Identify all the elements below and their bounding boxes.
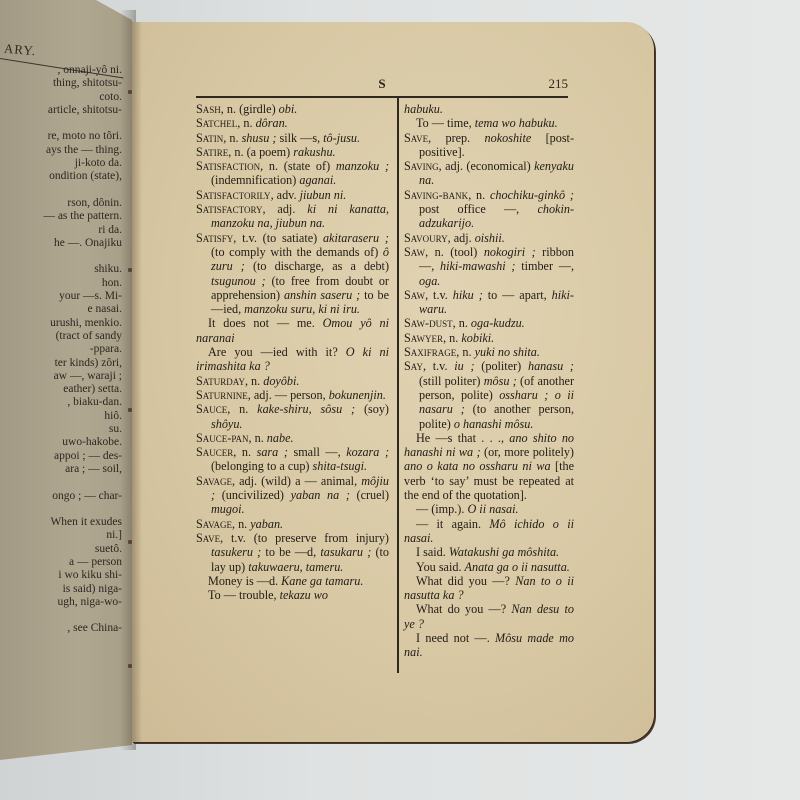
dictionary-column-left: Sash, n. (girdle) obi.Satchel, n. dôran.…: [196, 102, 389, 602]
text-fragment: uwo-hakobe.: [0, 436, 126, 449]
definition-text: , t.v. (to preserve from injury): [220, 531, 389, 545]
japanese-translation: rakushu.: [293, 145, 335, 159]
dictionary-entry: Save, prep. nokoshite [post-positive].: [404, 131, 574, 160]
dictionary-entry: Saw, n. (tool) nokogiri ; ribbon —, hiki…: [404, 245, 574, 288]
japanese-translation: nokoshite: [485, 131, 532, 145]
example-english: I said.: [416, 545, 446, 559]
text-fragment: he —. Onajiku: [0, 237, 126, 250]
text-fragment: urushi, menkio.: [0, 317, 126, 330]
definition-text: , adj. (wild) a — animal,: [232, 474, 361, 488]
text-fragment: [0, 117, 126, 130]
definition-text: , n.: [249, 431, 267, 445]
example-english: Are you —ied with it?: [208, 345, 338, 359]
example-english: It does not — me.: [208, 316, 315, 330]
text-fragment: [0, 476, 126, 489]
definition-text: , n.: [443, 331, 461, 345]
japanese-translation: o hanashi môsu.: [454, 417, 534, 431]
definition-text: (to discharge, as a debt): [245, 259, 389, 273]
headword: Satisfactory: [196, 202, 262, 216]
japanese-translation: akitaraseru ;: [323, 231, 389, 245]
definition-text: , n.: [233, 445, 256, 459]
japanese-translation: hanasu ;: [528, 359, 574, 373]
text-fragment: eather) setta.: [0, 383, 126, 396]
text-fragment: , onnaji-yô ni.: [0, 64, 126, 77]
definition-text: (belonging to a cup): [211, 459, 313, 473]
japanese-translation: kobiki.: [461, 331, 494, 345]
text-fragment: ongo ; — char-: [0, 490, 126, 503]
definition-text: , adv.: [271, 188, 300, 202]
text-fragment: your —s. Mi-: [0, 290, 126, 303]
japanese-translation: tasukeru ;: [211, 545, 261, 559]
text-fragment: ni.]: [0, 529, 126, 542]
usage-example: Money is —d. Kane ga tamaru.: [196, 574, 389, 588]
headword: Satisfy: [196, 231, 233, 245]
usage-example: To — trouble, tekazu wo: [196, 588, 389, 602]
previous-page: ARY. , onnaji-yô ni.thing, shitotsu-coto…: [0, 0, 132, 760]
japanese-translation: shita-tsugi.: [313, 459, 368, 473]
usage-example: What do you —? Nan desu to ye ?: [404, 602, 574, 631]
japanese-translation: Anata ga o ii nasutta.: [465, 560, 570, 574]
japanese-translation: nokogiri ;: [484, 245, 536, 259]
definition-text: post office —,: [419, 202, 537, 216]
dictionary-entry: Satisfactorily, adv. jiubun ni.: [196, 188, 389, 202]
definition-text: , t.v. (to satiate): [233, 231, 323, 245]
definition-text: silk —s,: [276, 131, 323, 145]
japanese-translation: habuku.: [404, 102, 443, 116]
text-fragment: rson, dônin.: [0, 197, 126, 210]
text-fragment: ji-koto da.: [0, 157, 126, 170]
japanese-translation: môsu ;: [484, 374, 517, 388]
definition-text: , n.: [227, 402, 257, 416]
japanese-translation: mugoi.: [211, 502, 245, 516]
usage-example: It does not — me. Omou yô ni naranai: [196, 316, 389, 345]
definition-text: small —,: [288, 445, 346, 459]
japanese-translation: tsugunou ;: [211, 274, 266, 288]
dictionary-column-right: habuku.To — time, tema wo habuku.Save, p…: [404, 102, 574, 660]
japanese-translation: hiku ;: [453, 288, 483, 302]
definition-text: to be —d,: [261, 545, 320, 559]
example-english: To — trouble,: [208, 588, 277, 602]
japanese-translation: tema wo habuku.: [475, 116, 558, 130]
definition-text: (still politer): [419, 374, 484, 388]
binding-stitch: [128, 664, 132, 668]
japanese-translation: obi.: [279, 102, 298, 116]
dictionary-entry: Savoury, adj. oishii.: [404, 231, 574, 245]
example-english: What do you —?: [416, 602, 506, 616]
dictionary-entry: Sash, n. (girdle) obi.: [196, 102, 389, 116]
dictionary-entry: Satisfactory, adj. ki ni kanatta, manzok…: [196, 202, 389, 231]
text-fragment: thing, shitotsu-: [0, 77, 126, 90]
headword: Sauce-pan: [196, 431, 249, 445]
text-fragment: ter kinds) zôri,: [0, 357, 126, 370]
definition-text: , n. (tool): [425, 245, 484, 259]
japanese-translation: Watakushi ga môshita.: [449, 545, 559, 559]
dictionary-entry: Save, t.v. (to preserve from injury) tas…: [196, 531, 389, 574]
text-fragment: ondition (state),: [0, 170, 126, 183]
text-fragment: article, shitotsu-: [0, 104, 126, 117]
header-rule: [196, 96, 568, 98]
text-fragment: suetô.: [0, 543, 126, 556]
text-fragment: a — person: [0, 556, 126, 569]
usage-example: What did you —? Nan to o ii nasutta ka ?: [404, 574, 574, 603]
definition-text: , n. (state of): [260, 159, 336, 173]
text-fragment: When it exudes: [0, 516, 126, 529]
text-fragment: (tract of sandy: [0, 330, 126, 343]
text-fragment: coto.: [0, 91, 126, 104]
binding-stitch: [128, 540, 132, 544]
dictionary-entry: Satire, n. (a poem) rakushu.: [196, 145, 389, 159]
dictionary-entry: Satin, n. shusu ; silk —s, tô-jusu.: [196, 131, 389, 145]
definition-text: , n.: [453, 316, 471, 330]
text-fragment: , biaku-dan.: [0, 396, 126, 409]
definition-text: , n.: [456, 345, 474, 359]
headword: Save: [404, 131, 428, 145]
text-fragment: [0, 503, 126, 516]
example-english: I need not —.: [416, 631, 490, 645]
dictionary-entry: Saxifrage, n. yuki no shita.: [404, 345, 574, 359]
text-fragment: -ppara.: [0, 343, 126, 356]
text-fragment: shiku.: [0, 263, 126, 276]
text-fragment: [0, 250, 126, 263]
japanese-translation: O ii nasai.: [467, 502, 518, 516]
text-fragment: hon.: [0, 277, 126, 290]
japanese-translation: nabe.: [267, 431, 294, 445]
headword: Savage: [196, 474, 232, 488]
headword: Sash: [196, 102, 221, 116]
headword: Saving: [404, 159, 439, 173]
definition-text: , n.: [468, 188, 490, 202]
usage-example: You said. Anata ga o ii nasutta.: [404, 560, 574, 574]
japanese-translation: takuwaeru, tameru.: [248, 560, 343, 574]
headword: Saxifrage: [404, 345, 456, 359]
example-english: You said.: [416, 560, 462, 574]
text-fragment: i wo kiku shi-: [0, 569, 126, 582]
japanese-translation: ano o kata no ossharu ni wa: [404, 459, 551, 473]
japanese-translation: anshin saseru ;: [284, 288, 360, 302]
japanese-translation: bokunenjin.: [329, 388, 386, 402]
headword: Satisfactorily: [196, 188, 271, 202]
dictionary-entry: Saucer, n. sara ; small —, kozara ; (bel…: [196, 445, 389, 474]
japanese-translation: manzoku ;: [336, 159, 389, 173]
text-fragment: ara ; — soil,: [0, 463, 126, 476]
definition-text: , adj. — person,: [248, 388, 329, 402]
previous-page-text: , onnaji-yô ni.thing, shitotsu-coto.arti…: [0, 64, 126, 636]
dictionary-entry: Saturday, n. doyôbi.: [196, 374, 389, 388]
text-fragment: — as the pattern.: [0, 210, 126, 223]
headword: Satisfaction: [196, 159, 260, 173]
headword: Savoury: [404, 231, 448, 245]
japanese-translation: tasukaru ;: [320, 545, 371, 559]
headword: Saw: [404, 245, 425, 259]
usage-example: Are you —ied with it? O ki ni irimashita…: [196, 345, 389, 374]
page-number: 215: [549, 76, 569, 92]
text-fragment: su.: [0, 423, 126, 436]
usage-example: — it again. Mô ichido o ii nasai.: [404, 517, 574, 546]
dictionary-entry: Satisfy, t.v. (to satiate) akitaraseru ;…: [196, 231, 389, 317]
headword: Satin: [196, 131, 223, 145]
usage-example: I need not —. Môsu made mo nai.: [404, 631, 574, 660]
headword: Save: [196, 531, 220, 545]
dictionary-entry: Saturnine, adj. — person, bokunenjin.: [196, 388, 389, 402]
binding-stitch: [128, 268, 132, 272]
running-head-fragment: ARY.: [3, 41, 37, 60]
dictionary-entry: Sauce-pan, n. nabe.: [196, 431, 389, 445]
japanese-translation: jiubun ni.: [300, 188, 347, 202]
dictionary-entry: Saving, adj. (economical) kenyaku na.: [404, 159, 574, 188]
headword: Sawyer: [404, 331, 443, 345]
japanese-translation: shusu ;: [242, 131, 277, 145]
japanese-translation: manzoku suru, ki ni iru.: [244, 302, 360, 316]
definition-text: to — apart,: [483, 288, 552, 302]
usage-example: — (imp.). O ii nasai.: [404, 502, 574, 516]
binding-stitch: [128, 408, 132, 412]
dictionary-entry: Saw-dust, n. oga-kudzu.: [404, 316, 574, 330]
text-fragment: ri da.: [0, 224, 126, 237]
dictionary-entry: Sawyer, n. kobiki.: [404, 331, 574, 345]
text-fragment: [0, 184, 126, 197]
definition-text: (cruel): [350, 488, 389, 502]
usage-example: To — time, tema wo habuku.: [404, 116, 574, 130]
dictionary-entry: Sauce, n. kake-shiru, sôsu ; (soy) shôyu…: [196, 402, 389, 431]
definition-text: , n. (girdle): [221, 102, 279, 116]
example-english: — it again.: [416, 517, 481, 531]
japanese-translation: tekazu wo: [280, 588, 328, 602]
page-gutter: [132, 22, 142, 742]
definition-text: (uncivilized): [215, 488, 291, 502]
definition-text: , adj. (economical): [439, 159, 534, 173]
dictionary-entry: Savage, n. yaban.: [196, 517, 389, 531]
definition-text: , n.: [232, 517, 250, 531]
text-fragment: e nasai.: [0, 303, 126, 316]
text-fragment: is said) niga-: [0, 583, 126, 596]
text-fragment: ays the — thing.: [0, 144, 126, 157]
definition-text: timber —,: [515, 259, 574, 273]
binding-stitch: [128, 90, 132, 94]
japanese-translation: tô-jusu.: [323, 131, 360, 145]
definition-text: , t.v.: [425, 288, 453, 302]
headword: Sauce: [196, 402, 227, 416]
definition-text: (indemnification): [211, 173, 299, 187]
japanese-translation: Kane ga tamaru.: [281, 574, 363, 588]
definition-text: , adj.: [448, 231, 475, 245]
japanese-translation: yaban na ;: [291, 488, 350, 502]
japanese-translation: shôyu.: [211, 417, 242, 431]
dictionary-entry: Saving-bank, n. chochiku-ginkô ; post of…: [404, 188, 574, 231]
text-fragment: appoi ; — des-: [0, 450, 126, 463]
example-english: He —s that . . .,: [416, 431, 504, 445]
japanese-translation: chochiku-ginkô ;: [490, 188, 574, 202]
text-fragment: ugh, niga-wo-: [0, 596, 126, 609]
column-divider: [397, 97, 399, 673]
usage-example: I said. Watakushi ga môshita.: [404, 545, 574, 559]
section-letter: S: [196, 76, 568, 92]
example-english: — (imp.).: [416, 502, 464, 516]
definition-text: (politer): [475, 359, 528, 373]
dictionary-entry: Satchel, n. dôran.: [196, 116, 389, 130]
japanese-translation: aganai.: [299, 173, 336, 187]
dictionary-entry: Saw, t.v. hiku ; to — apart, hiki-waru.: [404, 288, 574, 317]
japanese-translation: oishii.: [475, 231, 505, 245]
headword: Satchel: [196, 116, 237, 130]
headword: Saving-bank: [404, 188, 468, 202]
usage-example: He —s that . . ., ano shito no hanashi n…: [404, 431, 574, 502]
dictionary-entry: Satisfaction, n. (state of) manzoku ; (i…: [196, 159, 389, 188]
definition-text: , n.: [245, 374, 263, 388]
text-fragment: [0, 609, 126, 622]
headword: Saturnine: [196, 388, 248, 402]
headword: Saw-dust: [404, 316, 453, 330]
headword: Savage: [196, 517, 232, 531]
japanese-translation: oga-kudzu.: [471, 316, 525, 330]
japanese-translation: dôran.: [256, 116, 288, 130]
japanese-translation: iu ;: [454, 359, 474, 373]
japanese-translation: kozara ;: [346, 445, 389, 459]
headword: Satire: [196, 145, 228, 159]
definition-text: , adj.: [262, 202, 307, 216]
text-fragment: aw —, waraji ;: [0, 370, 126, 383]
japanese-translation: yaban.: [250, 517, 283, 531]
japanese-translation: oga.: [419, 274, 440, 288]
headword: Saucer: [196, 445, 233, 459]
japanese-translation: yuki no shita.: [475, 345, 540, 359]
definition-text: (or, more politely): [481, 445, 574, 459]
page-header: S 215: [196, 76, 568, 94]
example-english: Money is —d.: [208, 574, 278, 588]
example-english: What did you —?: [416, 574, 510, 588]
definition-text: , n.: [223, 131, 241, 145]
headword: Saturday: [196, 374, 245, 388]
japanese-translation: kake-shiru, sôsu ;: [257, 402, 355, 416]
definition-text: (soy): [355, 402, 389, 416]
dictionary-entry: Savage, adj. (wild) a — animal, môjiu ; …: [196, 474, 389, 517]
text-fragment: hiô.: [0, 410, 126, 423]
japanese-translation: sara ;: [257, 445, 288, 459]
definition-text: (to comply with the demands of): [211, 245, 383, 259]
japanese-translation: doyôbi.: [263, 374, 299, 388]
text-fragment: , see China-: [0, 622, 126, 635]
definition-text: , t.v.: [423, 359, 454, 373]
definition-text: , prep.: [428, 131, 484, 145]
example-english: To — time,: [416, 116, 472, 130]
usage-example: habuku.: [404, 102, 574, 116]
dictionary-entry: Say, t.v. iu ; (politer) hanasu ; (still…: [404, 359, 574, 430]
japanese-translation: hiki-mawashi ;: [440, 259, 515, 273]
definition-text: , n. (a poem): [228, 145, 293, 159]
headword: Say: [404, 359, 423, 373]
headword: Saw: [404, 288, 425, 302]
definition-text: , n.: [237, 116, 255, 130]
text-fragment: re, moto no tôri.: [0, 130, 126, 143]
